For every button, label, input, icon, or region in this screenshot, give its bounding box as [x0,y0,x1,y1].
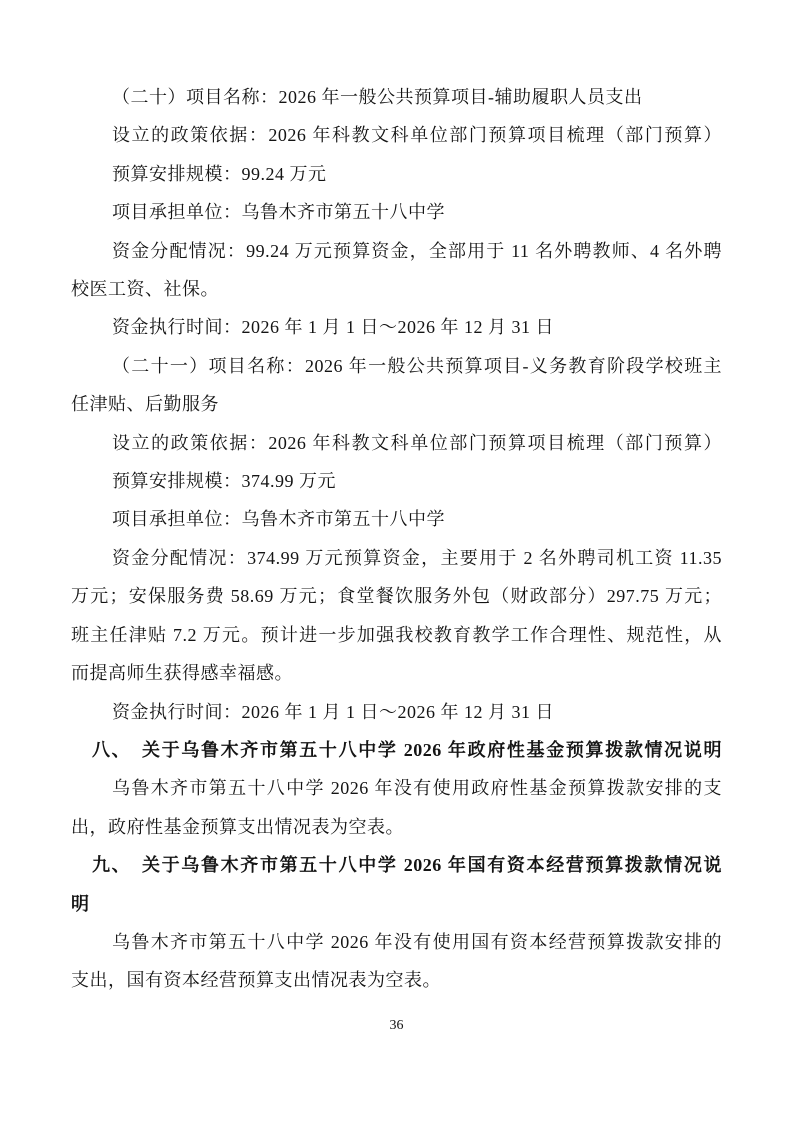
text-line: 任津贴、后勤服务 [71,385,722,423]
para-project-21-name: （二十一）项目名称：2026 年一般公共预算项目-义务教育阶段学校班主 任津贴、… [71,347,722,424]
text-line: （二十）项目名称：2026 年一般公共预算项目-辅助履职人员支出 [71,78,722,116]
text-line: 资金执行时间：2026 年 1 月 1 日～2026 年 12 月 31 日 [71,693,722,731]
text-line: 支出，国有资本经营预算支出情况表为空表。 [71,961,722,999]
para-project-20-policy-basis: 设立的政策依据：2026 年科教文科单位部门预算项目梳理（部门预算） [71,116,722,154]
para-project-20-fund-allocation: 资金分配情况：99.24 万元预算资金，全部用于 11 名外聘教师、4 名外聘 … [71,232,722,309]
text-line: 乌鲁木齐市第五十八中学 2026 年没有使用国有资本经营预算拨款安排的 [71,923,722,961]
text-line: 设立的政策依据：2026 年科教文科单位部门预算项目梳理（部门预算） [71,116,722,154]
text-line: 乌鲁木齐市第五十八中学 2026 年没有使用政府性基金预算拨款安排的支 [71,769,722,807]
para-project-20-execution-period: 资金执行时间：2026 年 1 月 1 日～2026 年 12 月 31 日 [71,308,722,346]
text-line: 预算安排规模：99.24 万元 [71,155,722,193]
text-line: 万元；安保服务费 58.69 万元；食堂餐饮服务外包（财政部分）297.75 万… [71,577,722,615]
text-line: 资金分配情况：99.24 万元预算资金，全部用于 11 名外聘教师、4 名外聘 [71,232,722,270]
text-line: 校医工资、社保。 [71,270,722,308]
para-project-20-name: （二十）项目名称：2026 年一般公共预算项目-辅助履职人员支出 [71,78,722,116]
text-line: 出，政府性基金预算支出情况表为空表。 [71,808,722,846]
heading-line: 八、 关于乌鲁木齐市第五十八中学 2026 年政府性基金预算拨款情况说明 [71,731,722,769]
para-project-20-undertaking-unit: 项目承担单位：乌鲁木齐市第五十八中学 [71,193,722,231]
text-line: 资金分配情况：374.99 万元预算资金，主要用于 2 名外聘司机工资 11.3… [71,539,722,577]
heading-line: 九、 关于乌鲁木齐市第五十八中学 2026 年国有资本经营预算拨款情况说 [71,846,722,884]
heading-line: 明 [71,885,722,923]
text-line: 项目承担单位：乌鲁木齐市第五十八中学 [71,193,722,231]
para-project-21-policy-basis: 设立的政策依据：2026 年科教文科单位部门预算项目梳理（部门预算） [71,424,722,462]
text-line: 设立的政策依据：2026 年科教文科单位部门预算项目梳理（部门预算） [71,424,722,462]
para-project-21-budget-scale: 预算安排规模：374.99 万元 [71,462,722,500]
para-project-21-undertaking-unit: 项目承担单位：乌鲁木齐市第五十八中学 [71,500,722,538]
text-line: 而提高师生获得感幸福感。 [71,654,722,692]
page-number: 36 [0,1018,793,1034]
text-line: 班主任津贴 7.2 万元。预计进一步加强我校教育教学工作合理性、规范性，从 [71,616,722,654]
para-project-21-fund-allocation: 资金分配情况：374.99 万元预算资金，主要用于 2 名外聘司机工资 11.3… [71,539,722,693]
text-line: （二十一）项目名称：2026 年一般公共预算项目-义务教育阶段学校班主 [71,347,722,385]
text-line: 资金执行时间：2026 年 1 月 1 日～2026 年 12 月 31 日 [71,308,722,346]
para-section-8-body: 乌鲁木齐市第五十八中学 2026 年没有使用政府性基金预算拨款安排的支 出，政府… [71,769,722,846]
heading-section-8: 八、 关于乌鲁木齐市第五十八中学 2026 年政府性基金预算拨款情况说明 [71,731,722,769]
document-page: （二十）项目名称：2026 年一般公共预算项目-辅助履职人员支出 设立的政策依据… [0,0,793,1122]
para-project-21-execution-period: 资金执行时间：2026 年 1 月 1 日～2026 年 12 月 31 日 [71,693,722,731]
para-section-9-body: 乌鲁木齐市第五十八中学 2026 年没有使用国有资本经营预算拨款安排的 支出，国… [71,923,722,1000]
text-line: 项目承担单位：乌鲁木齐市第五十八中学 [71,500,722,538]
document-body: （二十）项目名称：2026 年一般公共预算项目-辅助履职人员支出 设立的政策依据… [71,78,722,1000]
text-line: 预算安排规模：374.99 万元 [71,462,722,500]
para-project-20-budget-scale: 预算安排规模：99.24 万元 [71,155,722,193]
heading-section-9: 九、 关于乌鲁木齐市第五十八中学 2026 年国有资本经营预算拨款情况说 明 [71,846,722,923]
